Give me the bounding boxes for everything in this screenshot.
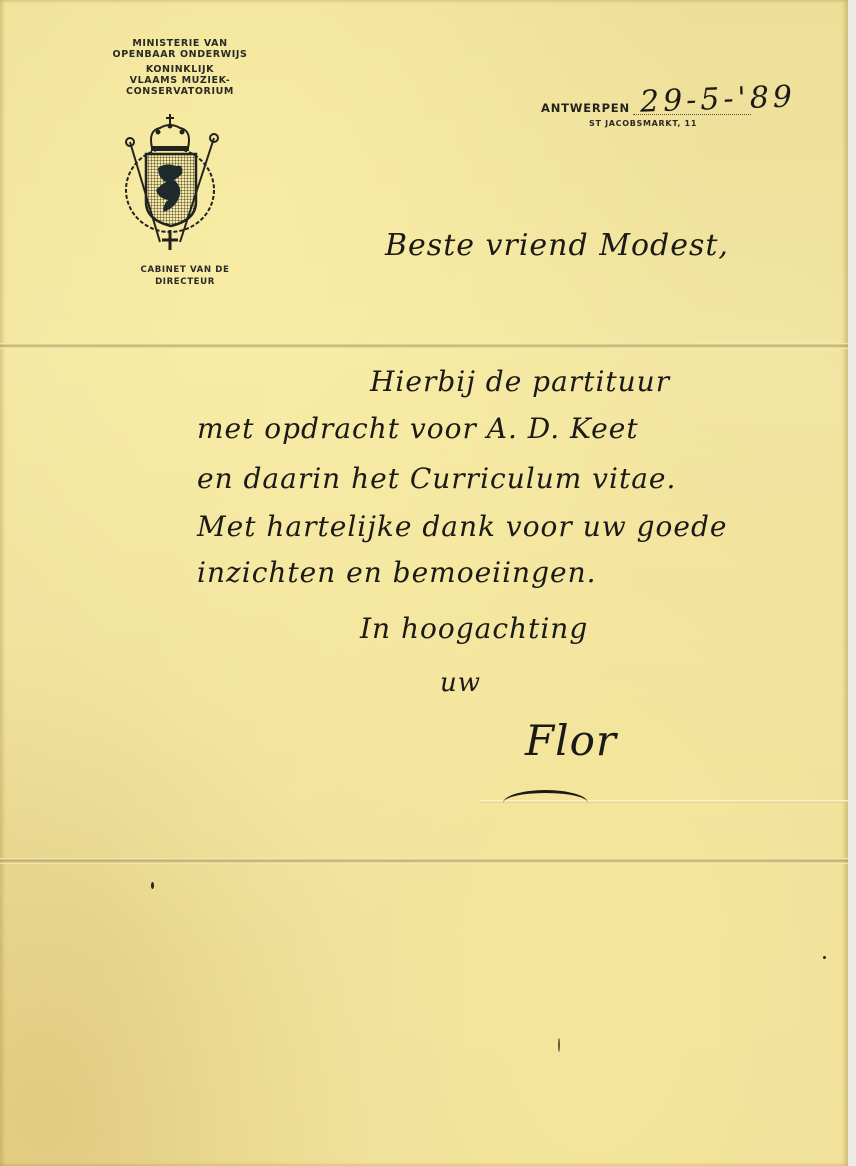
ministry-line-1: MINISTERIE VAN [95,38,265,49]
paper-fold-lower [0,858,848,864]
body-line-3: en daarin het Curriculum vitae. [197,462,676,495]
body-line-4: Met hartelijke dank voor uw goede [197,510,727,543]
closing-phrase: In hoogachting [360,612,588,645]
closing-word: uw [440,668,481,698]
paper-fold-upper [0,343,848,349]
signature: Flor [525,716,617,765]
ink-speck [823,956,826,959]
handwritten-date: 29-5-'89 [639,79,796,119]
street-address: ST JACOBSMARKT, 11 [589,119,697,128]
body-line-2: met opdracht voor A. D. Keet [197,412,639,445]
institution-heading: KONINKLIJK VLAAMS MUZIEK- CONSERVATORIUM [95,64,265,97]
body-line-1: Hierbij de partituur [370,365,670,398]
salutation: Beste vriend Modest, [385,228,729,263]
institution-line-3: CONSERVATORIUM [95,86,265,97]
office-line-1: CABINET VAN DE [110,264,260,276]
place-name: ANTWERPEN [541,101,630,115]
office-heading: CABINET VAN DE DIRECTEUR [110,264,260,288]
ministry-line-2: OPENBAAR ONDERWIJS [95,49,265,60]
letterhead: MINISTERIE VAN OPENBAAR ONDERWIJS KONINK… [95,38,265,101]
coat-of-arms-icon [118,112,248,252]
institution-line-2: VLAAMS MUZIEK- [95,75,265,86]
letter-sheet: MINISTERIE VAN OPENBAAR ONDERWIJS KONINK… [0,0,848,1166]
paper-mark [558,1038,560,1052]
institution-line-1: KONINKLIJK [95,64,265,75]
scan-margin [848,0,856,1166]
office-line-2: DIRECTEUR [110,276,260,288]
ministry-heading: MINISTERIE VAN OPENBAAR ONDERWIJS [95,38,265,60]
ink-speck [151,882,154,889]
signature-underline [503,790,588,803]
body-line-5: inzichten en bemoeiingen. [197,556,597,589]
